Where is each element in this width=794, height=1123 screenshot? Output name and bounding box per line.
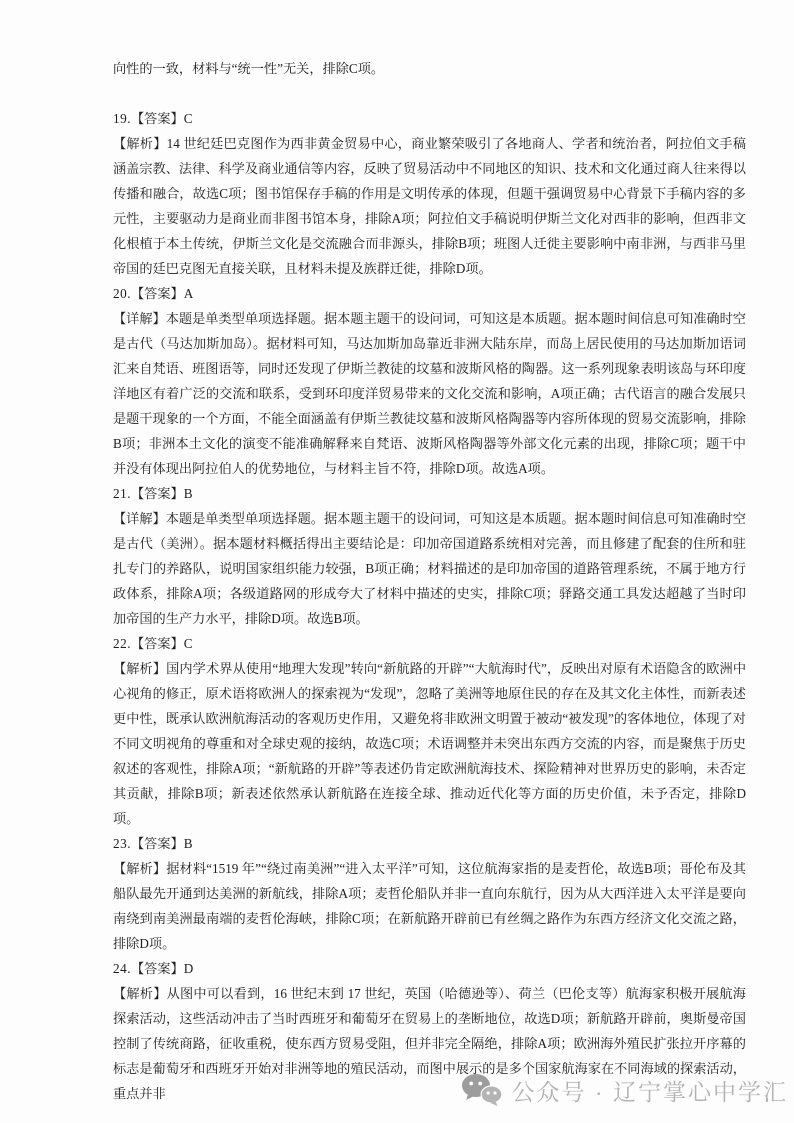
explanation-paragraph-21: 【详解】本题是单类型单项选择题。据本题主题干的设问词，可知这是本质题。据本题时间… [113, 506, 746, 631]
question-number: 21. [113, 486, 131, 501]
answer-item-23: 23.【答案】B 【解析】据材料“1519 年”“绕过南美洲”“进入太平洋”可知… [113, 831, 746, 956]
answer-label: 【答案】 [131, 961, 184, 976]
answer-item-20: 20.【答案】A 【详解】本题是单类型单项选择题。据本题主题干的设问词，可知这是… [113, 281, 746, 481]
question-number: 24. [113, 961, 131, 976]
answer-label: 【答案】 [131, 111, 184, 126]
continuation-paragraph: 向性的一致，材料与“统一性”无关，排除C项。 [113, 56, 746, 81]
answer-item-19: 19.【答案】C 【解析】14 世纪廷巴克图作为西非黄金贸易中心，商业繁荣吸引了… [113, 106, 746, 281]
watermark: 公众号 · 辽宁掌心中学汇 [461, 1073, 788, 1107]
wechat-icon [461, 1073, 503, 1107]
answer-heading-23: 23.【答案】B [113, 831, 746, 856]
explanation-label: 【解析】 [113, 136, 167, 151]
question-number: 22. [113, 636, 131, 651]
answer-heading-22: 22.【答案】C [113, 631, 746, 656]
answer-label: 【答案】 [131, 286, 184, 301]
explanation-label: 【详解】 [113, 511, 166, 526]
explanation-text: 本题是单类型单项选择题。据本题主题干的设问词，可知这是本质题。据本题时间信息可知… [113, 511, 746, 626]
answer-item-21: 21.【答案】B 【详解】本题是单类型单项选择题。据本题主题干的设问词，可知这是… [113, 481, 746, 631]
explanation-text: 本题是单类型单项选择题。据本题主题干的设问词，可知这是本质题。据本题时间信息可知… [113, 311, 746, 476]
answer-letter: C [184, 111, 193, 126]
explanation-label: 【详解】 [113, 311, 166, 326]
answer-letter: C [184, 636, 193, 651]
answer-letter: A [184, 286, 194, 301]
answer-label: 【答案】 [131, 486, 184, 501]
answer-letter: D [184, 961, 194, 976]
explanation-text: 14 世纪廷巴克图作为西非黄金贸易中心，商业繁荣吸引了各地商人、学者和统治者，阿… [113, 136, 746, 276]
question-number: 19. [113, 111, 131, 126]
explanation-text: 据材料“1519 年”“绕过南美洲”“进入太平洋”可知，这位航海家指的是麦哲伦，… [113, 861, 746, 951]
watermark-text: 公众号 · 辽宁掌心中学汇 [512, 1074, 788, 1107]
answer-label: 【答案】 [131, 636, 184, 651]
answer-letter: B [184, 836, 193, 851]
answer-label: 【答案】 [131, 836, 184, 851]
explanation-text: 国内学术界从使用“地理大发现”转向“新航路的开辟”“大航海时代”，反映出对原有术… [113, 661, 746, 826]
answer-heading-21: 21.【答案】B [113, 481, 746, 506]
answer-item-22: 22.【答案】C 【解析】国内学术界从使用“地理大发现”转向“新航路的开辟”“大… [113, 631, 746, 831]
explanation-label: 【解析】 [113, 986, 167, 1001]
answer-heading-20: 20.【答案】A [113, 281, 746, 306]
explanation-label: 【解析】 [113, 661, 166, 676]
explanation-paragraph-20: 【详解】本题是单类型单项选择题。据本题主题干的设问词，可知这是本质题。据本题时间… [113, 306, 746, 481]
question-number: 20. [113, 286, 131, 301]
explanation-paragraph-23: 【解析】据材料“1519 年”“绕过南美洲”“进入太平洋”可知，这位航海家指的是… [113, 856, 746, 956]
answer-heading-19: 19.【答案】C [113, 106, 746, 131]
document-page: 向性的一致，材料与“统一性”无关，排除C项。 19.【答案】C 【解析】14 世… [0, 0, 794, 1123]
explanation-paragraph-19: 【解析】14 世纪廷巴克图作为西非黄金贸易中心，商业繁荣吸引了各地商人、学者和统… [113, 131, 746, 281]
answer-letter: B [184, 486, 193, 501]
answer-key-content: 向性的一致，材料与“统一性”无关，排除C项。 19.【答案】C 【解析】14 世… [113, 56, 746, 1106]
question-number: 23. [113, 836, 131, 851]
explanation-label: 【解析】 [113, 861, 166, 876]
explanation-paragraph-22: 【解析】国内学术界从使用“地理大发现”转向“新航路的开辟”“大航海时代”，反映出… [113, 656, 746, 831]
answer-heading-24: 24.【答案】D [113, 956, 746, 981]
